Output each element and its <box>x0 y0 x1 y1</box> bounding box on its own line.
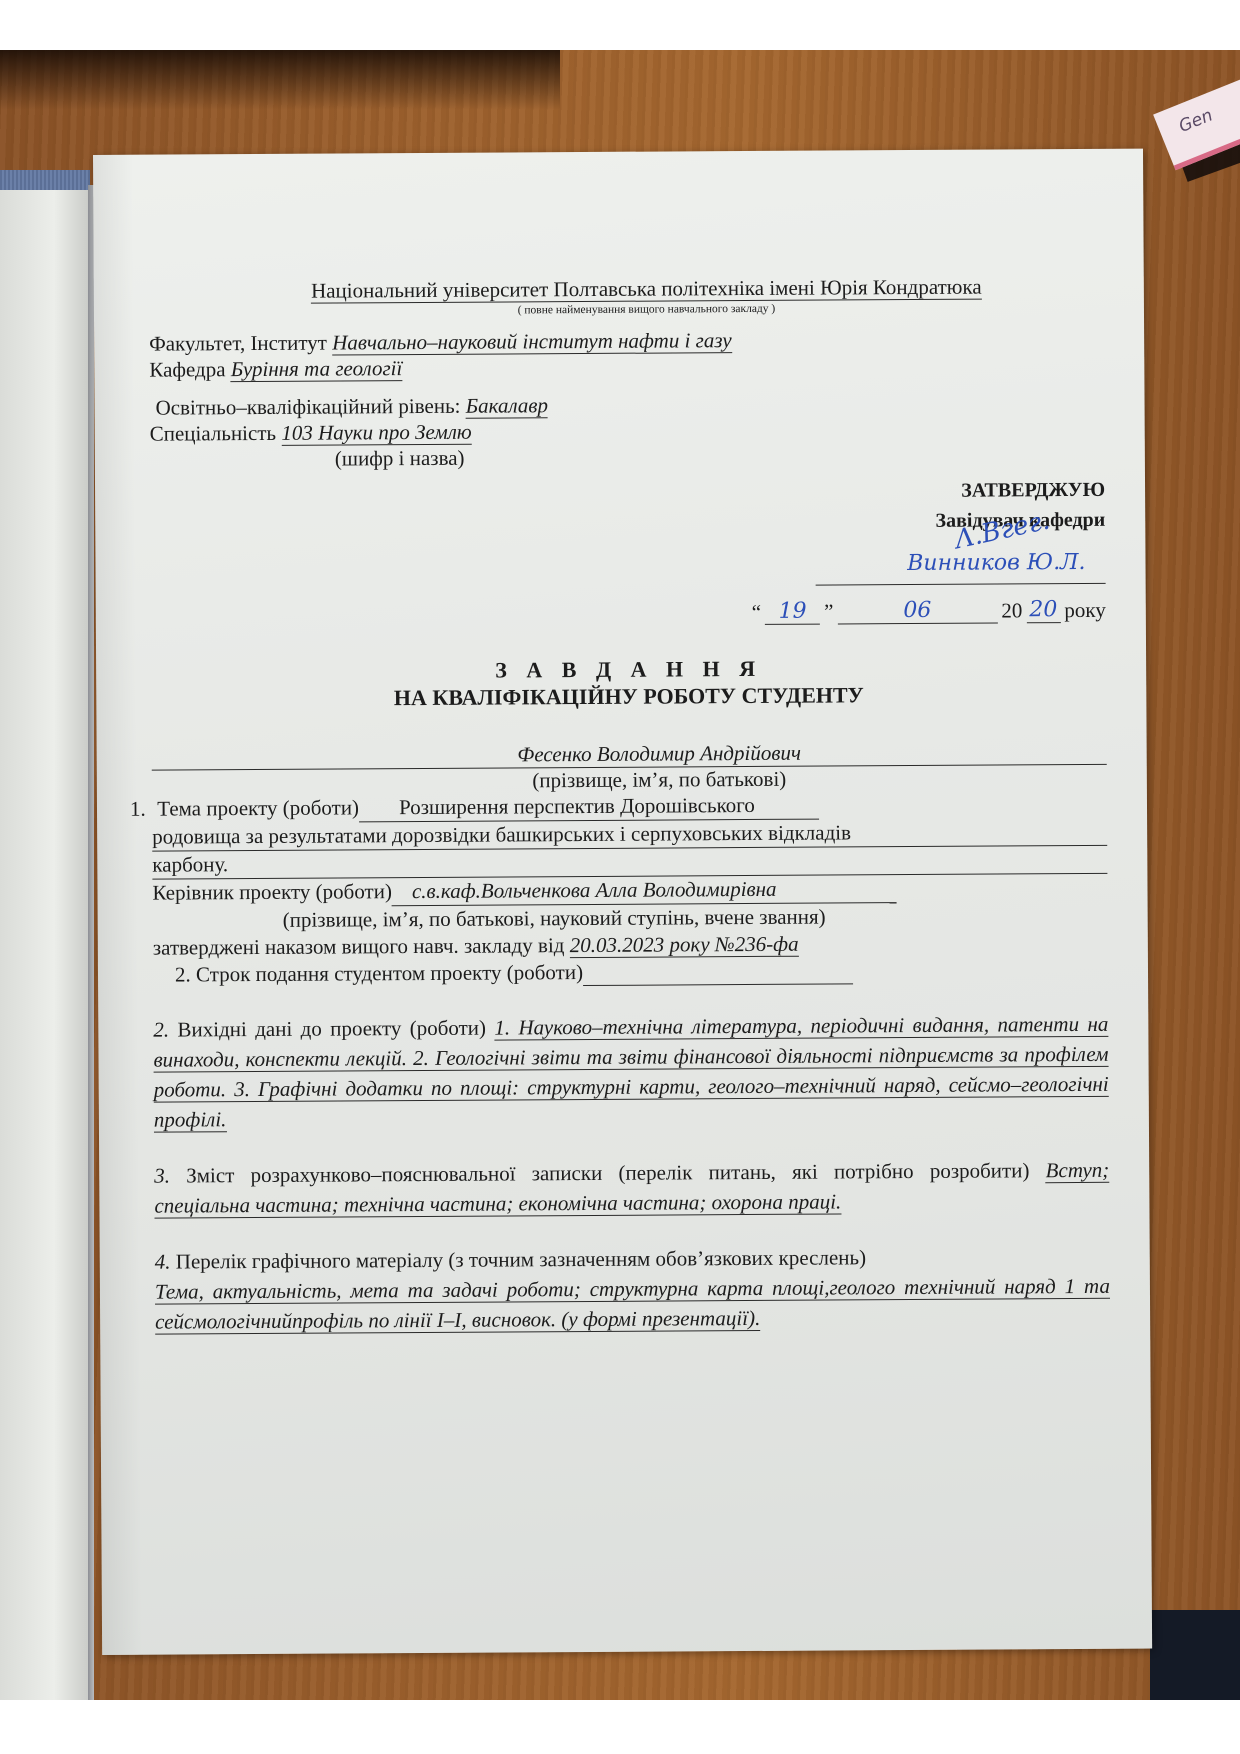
order-value: 20.03.2023 року №236-фа <box>570 932 799 958</box>
deadline-value <box>583 962 853 986</box>
supervisor-label: Керівник проекту (роботи) <box>152 879 392 904</box>
book-left-page <box>0 170 90 1700</box>
contents-number: 3. <box>154 1164 170 1188</box>
topic-section: 1. Тема проекту (роботи)Розширення персп… <box>152 790 1108 989</box>
graphics-section: 4. Перелік графічного матеріалу (з точни… <box>155 1241 1111 1337</box>
shadow <box>0 50 560 110</box>
topic-line-1: Розширення перспектив Дорошівського <box>359 792 819 823</box>
graphics-value: Тема, актуальність, мета та задачі робот… <box>155 1274 1110 1335</box>
education-level-label: Освітньо–кваліфікаційний рівень: <box>155 394 460 420</box>
input-label: Вихідні дані до проекту (роботи) <box>177 1016 486 1042</box>
university-name-text: Національний університет Полтавська полі… <box>311 275 982 304</box>
date-month: 06 <box>837 597 997 624</box>
topic-number: 1. <box>130 796 152 823</box>
university-name: Національний університет Полтавська полі… <box>149 274 1104 305</box>
approval-date: “ 19 ” 06 20 20 року <box>752 597 1106 625</box>
graphics-number: 4. <box>155 1250 171 1274</box>
contents-label: Зміст розрахунково–пояснювальної записки… <box>186 1158 1029 1187</box>
faculty-label: Факультет, Інститут <box>149 331 327 356</box>
box-label: Gen <box>1176 105 1215 136</box>
department-label: Кафедра <box>149 357 225 381</box>
input-data-section: 2. Вихідні дані до проекту (роботи) 1. Н… <box>153 1009 1109 1135</box>
date-close-quote: ” <box>824 599 833 624</box>
year-prefix: 20 <box>1001 598 1022 623</box>
title-line-2: НА КВАЛІФІКАЦІЙНУ РОБОТУ СТУДЕНТУ <box>151 680 1106 713</box>
handwritten-signer-name: Винников Ю.Л. <box>907 550 1085 576</box>
graphics-label: Перелік графічного матеріалу (з точним з… <box>176 1245 866 1273</box>
input-number: 2. <box>153 1018 169 1042</box>
year-suffix: року <box>1064 598 1106 623</box>
year-handwritten: 20 <box>1026 597 1060 623</box>
supervisor-value: с.в.каф.Вольченкова Алла Володимирівна <box>392 875 897 906</box>
signature-line <box>816 583 1106 586</box>
department-value: Буріння та геології <box>231 356 403 382</box>
book-spine <box>88 185 94 1700</box>
education-level-value: Бакалавр <box>466 393 548 419</box>
page-content: Національний університет Полтавська полі… <box>149 274 1110 1337</box>
department-row: Кафедра Буріння та геології <box>149 351 1104 383</box>
dark-object <box>1150 1610 1240 1700</box>
topic-label: Тема проекту (роботи) <box>157 795 359 820</box>
book-cloth-binding <box>0 170 90 190</box>
date-day: 19 <box>765 599 820 625</box>
signature-block: Ʌ.Вгег. Винников Ю.Л. “ 19 ” 06 20 20 ро… <box>150 535 1105 621</box>
date-open-quote: “ <box>752 600 761 625</box>
specialty-value: 103 Науки про Землю <box>281 420 471 446</box>
specialty-label: Спеціальність <box>150 421 277 446</box>
faculty-value: Навчально–науковий інститут нафти і газу <box>332 328 732 355</box>
document-page: Національний університет Полтавська полі… <box>93 149 1152 1655</box>
contents-section: 3. Зміст розрахунково–пояснювальної запи… <box>154 1155 1109 1221</box>
order-label: затверджені наказом вищого навч. закладу… <box>153 933 565 960</box>
document-title: З А В Д А Н Н Я НА КВАЛІФІКАЦІЙНУ РОБОТУ… <box>151 653 1106 713</box>
deadline-label: 2. Строк подання студентом проекту (робо… <box>175 960 583 986</box>
